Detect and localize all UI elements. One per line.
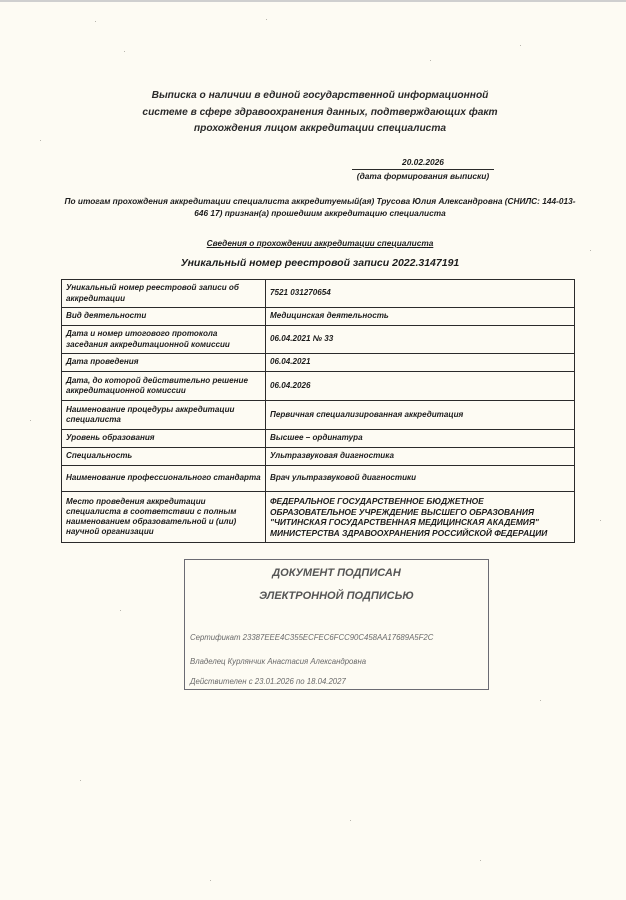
signature-heading-line-2: ЭЛЕКТРОННОЙ ПОДПИСЬЮ — [185, 590, 488, 602]
scan-speck — [124, 51, 125, 52]
table-row: Дата проведения 06.04.2021 — [62, 354, 575, 372]
row-label: Уровень образования — [62, 430, 266, 448]
extract-date-caption: (дата формирования выписки) — [352, 171, 494, 182]
row-label: Уникальный номер реестровой записи об ак… — [62, 280, 266, 308]
scan-speck — [210, 880, 211, 881]
row-label: Место проведения аккредитации специалист… — [62, 492, 266, 543]
table-row: Специальность Ультразвуковая диагностика — [62, 448, 575, 466]
title-line-1: Выписка о наличии в единой государственн… — [100, 88, 540, 105]
row-value: ФЕДЕРАЛЬНОЕ ГОСУДАРСТВЕННОЕ БЮДЖЕТНОЕ ОБ… — [266, 492, 575, 543]
row-value: Врач ультразвуковой диагностики — [266, 466, 575, 492]
row-value: 06.04.2021 — [266, 354, 575, 372]
signature-validity: Действителен с 23.01.2026 по 18.04.2027 — [190, 677, 346, 686]
table-row: Вид деятельности Медицинская деятельност… — [62, 308, 575, 326]
row-label: Дата, до которой действительно решение а… — [62, 372, 266, 401]
row-label: Дата проведения — [62, 354, 266, 372]
title-line-2: системе в сфере здравоохранения данных, … — [100, 105, 540, 122]
section-title: Сведения о прохождении аккредитации спец… — [170, 238, 470, 248]
scan-speck — [540, 700, 541, 701]
row-value: 06.04.2021 № 33 — [266, 326, 575, 354]
row-value: Медицинская деятельность — [266, 308, 575, 326]
row-value: Ультразвуковая диагностика — [266, 448, 575, 466]
registry-number: Уникальный номер реестровой записи 2022.… — [150, 257, 490, 269]
signature-certificate: Сертификат 23387EEE4C355ECFEC6FCC90C458A… — [190, 633, 433, 642]
scan-top-edge — [0, 0, 626, 2]
signature-owner: Владелец Курлянчик Анастасия Александров… — [190, 657, 366, 666]
scan-speck — [600, 520, 601, 521]
scan-speck — [480, 860, 481, 861]
row-value: 7521 031270654 — [266, 280, 575, 308]
accreditation-table: Уникальный номер реестровой записи об ак… — [61, 279, 575, 543]
row-label: Специальность — [62, 448, 266, 466]
extract-date-block: 20.02.2026 (дата формирования выписки) — [352, 157, 494, 182]
scan-speck — [95, 21, 96, 22]
row-label: Наименование профессионального стандарта — [62, 466, 266, 492]
row-value: Высшее – ординатура — [266, 430, 575, 448]
scan-speck — [520, 45, 521, 46]
intro-paragraph: По итогам прохождения аккредитации специ… — [58, 195, 582, 219]
scan-speck — [430, 60, 431, 61]
scan-speck — [80, 780, 81, 781]
row-label: Наименование процедуры аккредитации спец… — [62, 401, 266, 430]
row-label: Дата и номер итогового протокола заседан… — [62, 326, 266, 354]
table-row: Наименование процедуры аккредитации спец… — [62, 401, 575, 430]
row-value: Первичная специализированная аккредитаци… — [266, 401, 575, 430]
extract-date: 20.02.2026 — [352, 157, 494, 170]
row-value: 06.04.2026 — [266, 372, 575, 401]
scan-speck — [266, 19, 267, 20]
signature-heading-line-1: ДОКУМЕНТ ПОДПИСАН — [185, 567, 488, 579]
scan-speck — [590, 250, 591, 251]
table-row: Место проведения аккредитации специалист… — [62, 492, 575, 543]
table-row: Уникальный номер реестровой записи об ак… — [62, 280, 575, 308]
table-row: Уровень образования Высшее – ординатура — [62, 430, 575, 448]
electronic-signature-stamp: ДОКУМЕНТ ПОДПИСАН ЭЛЕКТРОННОЙ ПОДПИСЬЮ С… — [184, 559, 489, 690]
row-label: Вид деятельности — [62, 308, 266, 326]
table-row: Наименование профессионального стандарта… — [62, 466, 575, 492]
title-line-3: прохождения лицом аккредитации специалис… — [100, 121, 540, 138]
scan-speck — [30, 420, 31, 421]
document-title: Выписка о наличии в единой государственн… — [100, 88, 540, 138]
scan-speck — [350, 820, 351, 821]
table-row: Дата, до которой действительно решение а… — [62, 372, 575, 401]
table-row: Дата и номер итогового протокола заседан… — [62, 326, 575, 354]
scan-speck — [40, 140, 41, 141]
scan-speck — [120, 610, 121, 611]
